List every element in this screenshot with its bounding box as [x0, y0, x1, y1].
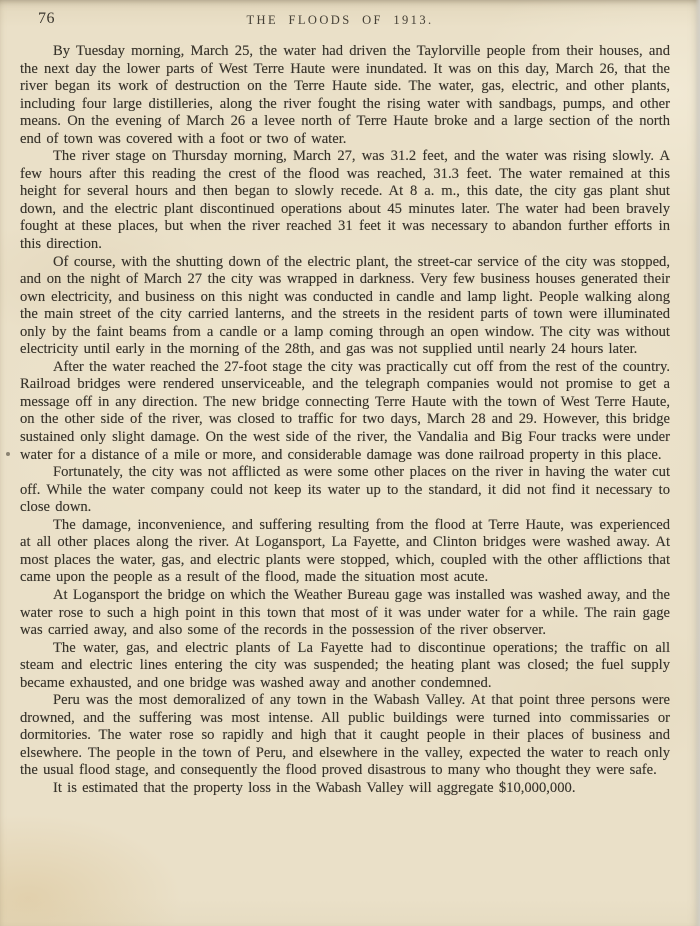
page-header: 76 THE FLOODS OF 1913. [0, 0, 700, 36]
paragraph: The water, gas, and electric plants of L… [20, 640, 670, 693]
paragraph: Fortunately, the city was not afflicted … [20, 464, 670, 517]
scanned-book-page: 76 THE FLOODS OF 1913. By Tuesday mornin… [0, 0, 700, 926]
paragraph: Peru was the most demoralized of any tow… [20, 692, 670, 780]
scan-artifact-speck [6, 452, 10, 456]
running-title: THE FLOODS OF 1913. [20, 13, 660, 28]
paragraph: After the water reached the 27-foot stag… [20, 359, 670, 464]
page-body: By Tuesday morning, March 25, the water … [20, 43, 670, 798]
paragraph: By Tuesday morning, March 25, the water … [20, 43, 670, 148]
scan-edge [695, 0, 700, 926]
paragraph: Of course, with the shutting down of the… [20, 254, 670, 359]
paragraph: The damage, inconvenience, and suffering… [20, 517, 670, 587]
paragraph: It is estimated that the property loss i… [20, 780, 670, 798]
paragraph: The river stage on Thursday morning, Mar… [20, 148, 670, 253]
paragraph: At Logansport the bridge on which the We… [20, 587, 670, 640]
